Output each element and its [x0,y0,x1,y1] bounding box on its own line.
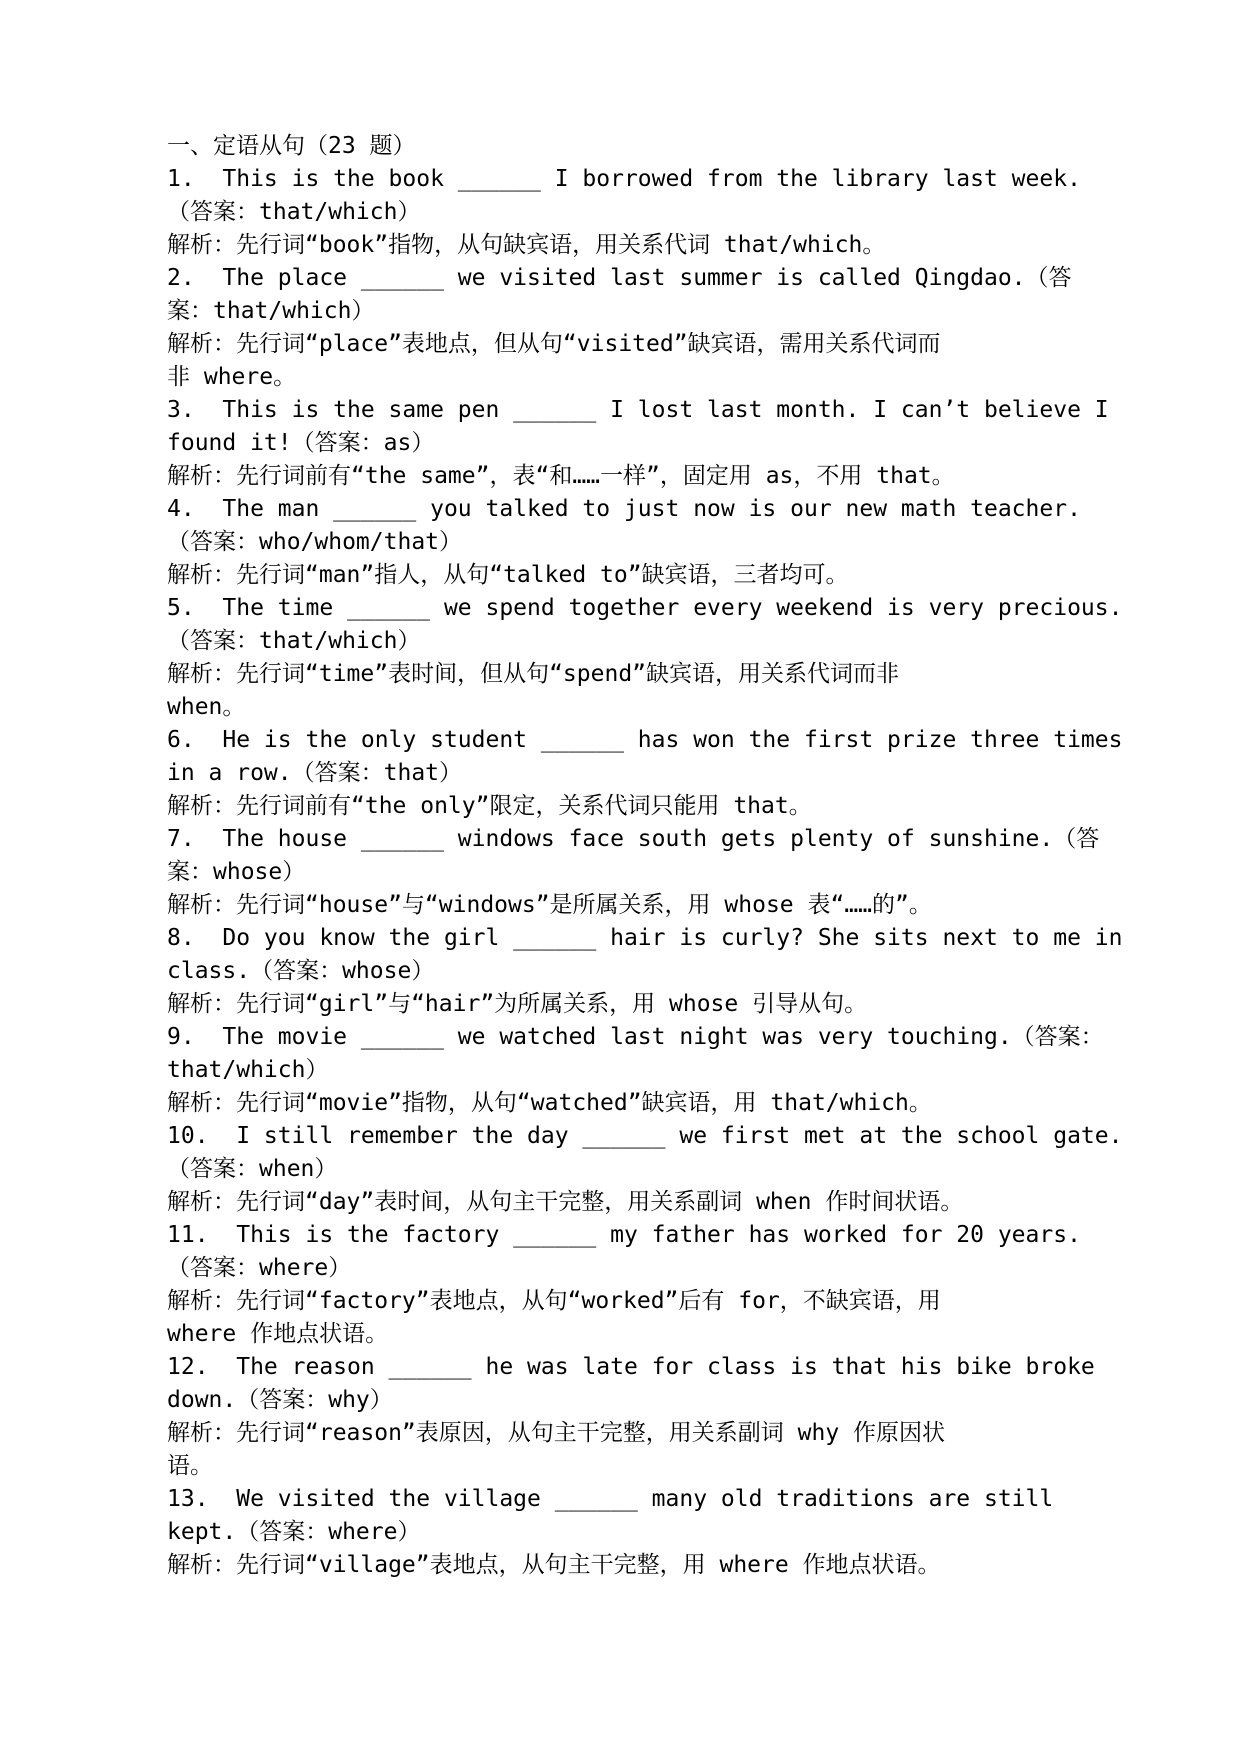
section-heading: 一、定语从句（23 题） [167,130,1170,163]
text-line: down.（答案：why） [167,1384,1170,1417]
text-line: 解析：先行词“girl”与“hair”为所属关系，用 whose 引导从句。 [167,988,1170,1021]
text-line: 解析：先行词“man”指人，从句“talked to”缺宾语，三者均可。 [167,559,1170,592]
text-line: （答案：who/whom/that） [167,526,1170,559]
text-line: class.（答案：whose） [167,955,1170,988]
text-line: when。 [167,691,1170,724]
text-line: found it!（答案：as） [167,427,1170,460]
text-line: 语。 [167,1450,1170,1483]
text-line: where 作地点状语。 [167,1318,1170,1351]
text-line: 6. He is the only student ______ has won… [167,724,1170,757]
text-line: that/which） [167,1054,1170,1087]
text-line: （答案：that/which） [167,196,1170,229]
text-line: 12. The reason ______ he was late for cl… [167,1351,1170,1384]
text-line: 解析：先行词“movie”指物，从句“watched”缺宾语，用 that/wh… [167,1087,1170,1120]
text-line: 解析：先行词“factory”表地点，从句“worked”后有 for，不缺宾语… [167,1285,1170,1318]
text-line: 1. This is the book ______ I borrowed fr… [167,163,1170,196]
text-line: 案：that/which） [167,295,1170,328]
document-body: 一、定语从句（23 题）1. This is the book ______ I… [167,130,1170,1582]
text-line: 9. The movie ______ we watched last nigh… [167,1021,1170,1054]
text-line: 非 where。 [167,361,1170,394]
text-line: kept.（答案：where） [167,1516,1170,1549]
text-line: 10. I still remember the day ______ we f… [167,1120,1170,1153]
text-line: 7. The house ______ windows face south g… [167,823,1170,856]
text-line: 解析：先行词前有“the same”，表“和……一样”，固定用 as，不用 th… [167,460,1170,493]
text-line: （答案：where） [167,1252,1170,1285]
text-line: 5. The time ______ we spend together eve… [167,592,1170,625]
text-line: 解析：先行词“book”指物，从句缺宾语，用关系代词 that/which。 [167,229,1170,262]
text-line: 8. Do you know the girl ______ hair is c… [167,922,1170,955]
text-line: 2. The place ______ we visited last summ… [167,262,1170,295]
text-line: 解析：先行词“day”表时间，从句主干完整，用关系副词 when 作时间状语。 [167,1186,1170,1219]
document-page: 一、定语从句（23 题）1. This is the book ______ I… [0,0,1240,1754]
text-line: 解析：先行词“reason”表原因，从句主干完整，用关系副词 why 作原因状 [167,1417,1170,1450]
text-line: 13. We visited the village ______ many o… [167,1483,1170,1516]
text-line: 解析：先行词“place”表地点，但从句“visited”缺宾语，需用关系代词而 [167,328,1170,361]
text-line: 解析：先行词“time”表时间，但从句“spend”缺宾语，用关系代词而非 [167,658,1170,691]
text-line: 案：whose） [167,856,1170,889]
text-line: 3. This is the same pen ______ I lost la… [167,394,1170,427]
text-line: 解析：先行词“village”表地点，从句主干完整，用 where 作地点状语。 [167,1549,1170,1582]
text-line: 4. The man ______ you talked to just now… [167,493,1170,526]
text-line: 解析：先行词前有“the only”限定，关系代词只能用 that。 [167,790,1170,823]
text-line: （答案：when） [167,1153,1170,1186]
text-line: 解析：先行词“house”与“windows”是所属关系，用 whose 表“…… [167,889,1170,922]
text-line: 11. This is the factory ______ my father… [167,1219,1170,1252]
text-line: （答案：that/which） [167,625,1170,658]
text-line: in a row.（答案：that） [167,757,1170,790]
